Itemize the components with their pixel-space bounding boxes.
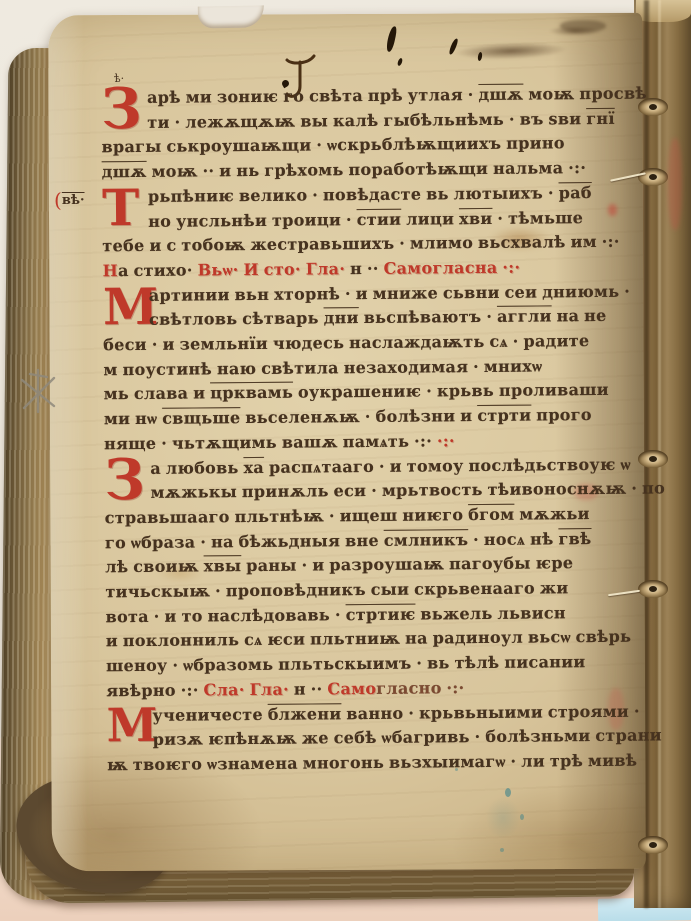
margin-note: (вѣ· — [54, 188, 85, 212]
body-text: тебе и с тобоѭ жестравьшихъ · млимо вьсх… — [102, 232, 620, 256]
body-text: на не — [552, 306, 607, 325]
rubric-text: Сла· Гла· — [203, 680, 294, 700]
body-text: гнї — [586, 109, 615, 128]
body-text: ти · лежѫщѫѭ вы калѣ гыбѣльнѣмь · въ ѕви — [147, 109, 586, 132]
body-text: а любовь — [150, 458, 243, 478]
body-text: лѣ своиѭ — [105, 557, 204, 577]
body-text: арѣ ми зониѥ го свѣта прѣ утлая · — [147, 85, 479, 107]
body-text: оукрашениѥ · крьвь проливаши — [293, 380, 609, 402]
faint-corner-mark — [560, 20, 606, 32]
body-text: · тѣмьше — [492, 208, 583, 228]
rubric-initial: М — [103, 284, 145, 333]
body-text: стравьшааго пльтнѣѭ · ищеш ниѥго — [105, 505, 469, 527]
pen-trial-doodle — [16, 366, 60, 418]
body-text: · носѧ нѣ — [468, 529, 558, 549]
sewing-station — [638, 450, 668, 468]
body-text: тичьскыѭ · проповѣдникъ сыи скрьвенааго … — [105, 578, 568, 601]
body-text: но унсльнѣи троици · — [148, 210, 357, 231]
body-text: м поустинѣ наю свѣтила незаходимая · мни… — [103, 356, 542, 379]
teal-stain — [500, 848, 504, 852]
body-text: ванно · крьвьныими строями · — [341, 701, 639, 723]
body-text: бгом — [468, 505, 514, 524]
text-block-1: Зарѣ ми зониѥ го свѣта прѣ утлая · дшѫ м… — [101, 82, 628, 185]
body-text: артинии вьн хторнѣ · и мниже сьвни сеи д… — [149, 281, 630, 304]
body-text: моѭ просвѣ — [523, 84, 647, 104]
sewing-station — [638, 580, 668, 598]
rubric-text: Н — [103, 261, 119, 280]
margin-note-paren: ( — [54, 188, 62, 212]
margin-note-text: вѣ· — [62, 193, 85, 208]
body-text: распѧтааго · и томоу послѣдьствоуѥ ѡ — [264, 454, 631, 476]
rubric-initial: М — [106, 703, 148, 747]
body-text: гвѣ — [558, 529, 591, 548]
manuscript-line: тебе и с тобоѭ жестравьшихъ · млимо вьсх… — [102, 230, 628, 259]
body-text: свѣтловь сѣтварь — [149, 309, 324, 330]
manuscript-line: беси · и земльнїи чюдесь наслаждаѭть сѧ … — [103, 329, 629, 358]
text-block-2: Трьпѣниѥ велико · повѣдасте вь лютыихъ ·… — [102, 181, 629, 284]
body-text: раб — [559, 183, 592, 202]
rubric-initial: З — [101, 86, 143, 135]
body-text: вота · и то наслѣдовавь · — [106, 605, 346, 626]
manuscript-line: ми нѡ свщьше вьселенѫѭ · болѣзни и стрти… — [104, 403, 630, 432]
manuscript-photo: ѣ· (вѣ· Зарѣ ми зониѥ го свѣта прѣ утлая… — [0, 0, 691, 921]
body-text: ризѫ ѥпѣнѫѭ же себѣ ѡбагривь · болѣзньми… — [153, 726, 662, 749]
body-text: моѭ ·· и нь грѣхомь поработѣѭщи нальма ·… — [147, 158, 587, 181]
body-text: хвы — [204, 556, 242, 575]
body-text: свщьше — [162, 408, 240, 428]
body-text: вьселенѫѭ · болѣзни и — [240, 406, 477, 427]
body-text: ѭ твоѥго ѡзнамена многонь вьзхыимагѡ · л… — [107, 751, 638, 775]
sewing-hole — [649, 586, 657, 592]
sewing-station — [638, 836, 668, 854]
teal-stain — [505, 788, 511, 797]
body-text: мь слава и — [104, 384, 211, 404]
sewing-hole — [649, 456, 657, 462]
body-text: мѫжьи — [514, 504, 589, 524]
body-text: црквамь — [210, 383, 293, 403]
body-text: ученичесте — [152, 704, 267, 724]
body-text: вьспѣваютъ · — [359, 307, 497, 327]
text-block-4: За любовь ха распѧтааго · и томоу послѣд… — [104, 452, 632, 704]
body-text: дшѫ — [478, 85, 523, 104]
body-text: аггли — [497, 307, 552, 326]
rubric-initial: З — [104, 456, 146, 505]
body-text: стрти — [477, 406, 531, 425]
body-text: н ·· — [294, 679, 328, 698]
body-text: беси · и земльнїи чюдесь наслаждаѭть сѧ … — [103, 331, 589, 354]
body-text: мѫжькы принѫль еси · мрьтвость тѣивоносн… — [150, 479, 665, 502]
body-text: хви — [459, 208, 493, 227]
body-text: вьжель львисн — [415, 603, 566, 623]
sewing-hole — [649, 842, 657, 848]
rubric-initial: Т — [102, 185, 144, 234]
sewing-hole — [649, 104, 657, 110]
body-text: рьпѣниѥ велико · повѣдасте вь лютыихъ · — [148, 183, 559, 206]
sewing-hole — [649, 174, 657, 180]
body-text: смлникъ — [384, 530, 469, 550]
body-text: блжени — [268, 704, 342, 724]
body-text: ха — [243, 457, 264, 476]
body-text: ми нѡ — [104, 409, 162, 429]
body-text: явѣрно ·:· — [106, 680, 203, 700]
teal-stain — [480, 790, 526, 846]
body-text: стртиѥ — [346, 604, 416, 624]
bleedthrough-mark — [668, 138, 682, 230]
body-text: н ·· — [350, 259, 384, 278]
sewing-station — [638, 168, 668, 186]
body-text: раны · и разроушаѭ пагоубы ѥре — [241, 554, 573, 576]
body-text: стии — [357, 209, 402, 228]
manuscript-text: Зарѣ ми зониѥ го свѣта прѣ утлая · дшѫ м… — [101, 82, 633, 778]
manuscript-line: шеноу · ѡбразомь пльтьскыимъ · вь тѣлѣ п… — [106, 650, 632, 679]
body-text: няще · чьтѫщимь вашѫ памѧть ·:· — [104, 431, 437, 453]
rubric-text: Самогласна ·:· — [383, 258, 520, 278]
text-block-3: Мартинии вьн хторнѣ · и мниже сьвни сеи … — [103, 279, 630, 457]
rubric-text: Вьѡ· И сто· Гла· — [197, 259, 350, 279]
body-text: дшѫ — [102, 162, 147, 181]
body-text: лици — [401, 209, 459, 229]
body-text: врагы ськроушаѭщи · ѡскрьблѣѭщиихъ прино — [101, 134, 564, 157]
rubric-text: Само — [327, 679, 376, 698]
rubric-text: ·:· — [437, 431, 455, 450]
rubric-text: гласно ·:· — [376, 678, 464, 698]
body-text: го ѡбраза · на бѣжьдныя вне — [105, 531, 384, 552]
body-text: прого — [531, 405, 592, 425]
manuscript-line: ѭ твоѥго ѡзнамена многонь вьзхыимагѡ · л… — [107, 749, 633, 778]
body-text: дни — [324, 308, 359, 327]
text-block-5: Мученичесте блжени ванно · крьвьныими ст… — [106, 699, 633, 778]
body-text: и поклонниль сѧ ѥси пльтниѭ на радиноул … — [106, 627, 632, 651]
body-text: шеноу · ѡбразомь пльтьскыимъ · вь тѣлѣ п… — [106, 652, 586, 675]
teal-stain — [520, 814, 524, 820]
body-text: а стихо· — [118, 260, 198, 280]
